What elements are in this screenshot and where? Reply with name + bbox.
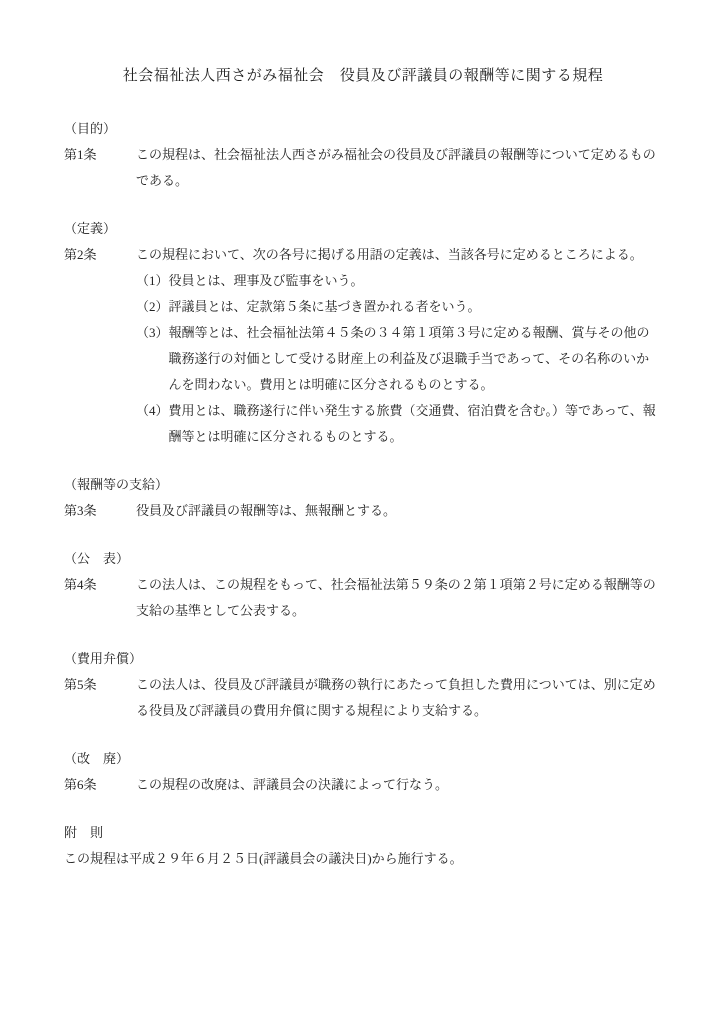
document-title: 社会福祉法人西さがみ福祉会 役員及び評議員の報酬等に関する規程 [64,64,662,88]
article-number: 第2条 [64,242,136,268]
article-text: この規程において、次の各号に掲げる用語の定義は、当該各号に定めるところによる。 [136,242,662,268]
section-heading: （費用弁償） [64,646,662,672]
section-heading: （公 表） [64,546,662,572]
definition-item-1: （1） 役員とは、理事及び監事をいう。 [136,268,662,294]
supplement-text: この規程は平成２９年６月２５日(評議員会の議決日)から施行する。 [64,846,662,872]
item-text: 報酬等とは、社会福祉法第４５条の３４第１項第３号に定める報酬、賞与その他の職務遂… [169,320,662,398]
definition-item-4: （4） 費用とは、職務遂行に伴い発生する旅費（交通費、宿泊費を含む。）等であって… [136,398,662,450]
section-purpose: （目的） 第1条 この規程は、社会福祉法人西さがみ福祉会の役員及び評議員の報酬等… [64,116,662,194]
article-2: 第2条 この規程において、次の各号に掲げる用語の定義は、当該各号に定めるところに… [64,242,662,450]
article-number: 第6条 [64,772,136,798]
article-number: 第1条 [64,142,136,168]
section-expense-reimbursement: （費用弁償） 第5条 この法人は、役員及び評議員が職務の執行にあたって負担した費… [64,646,662,724]
definition-item-2: （2） 評議員とは、定款第５条に基づき置かれる者をいう。 [136,294,662,320]
article-number: 第4条 [64,572,136,598]
article-3: 第3条 役員及び評議員の報酬等は、無報酬とする。 [64,498,662,524]
section-payment: （報酬等の支給） 第3条 役員及び評議員の報酬等は、無報酬とする。 [64,472,662,524]
article-text: この規程は、社会福祉法人西さがみ福祉会の役員及び評議員の報酬等について定めるもの… [136,142,662,194]
section-definitions: （定義） 第2条 この規程において、次の各号に掲げる用語の定義は、当該各号に定め… [64,216,662,450]
article-1: 第1条 この規程は、社会福祉法人西さがみ福祉会の役員及び評議員の報酬等について定… [64,142,662,194]
article-4: 第4条 この法人は、この規程をもって、社会福祉法第５９条の２第１項第２号に定める… [64,572,662,624]
item-text: 評議員とは、定款第５条に基づき置かれる者をいう。 [169,294,662,320]
section-amendment: （改 廃） 第6条 この規程の改廃は、評議員会の決議によって行なう。 [64,746,662,798]
article-5: 第5条 この法人は、役員及び評議員が職務の執行にあたって負担した費用については、… [64,672,662,724]
section-publication: （公 表） 第4条 この法人は、この規程をもって、社会福祉法第５９条の２第１項第… [64,546,662,624]
article-text: 役員及び評議員の報酬等は、無報酬とする。 [136,498,662,524]
article-number: 第3条 [64,498,136,524]
article-text: この法人は、この規程をもって、社会福祉法第５９条の２第１項第２号に定める報酬等の… [136,572,662,624]
item-label: （2） [136,294,169,320]
supplement-heading: 附 則 [64,820,662,846]
section-heading: （定義） [64,216,662,242]
supplementary-provision: 附 則 この規程は平成２９年６月２５日(評議員会の議決日)から施行する。 [64,820,662,872]
document-page: 社会福祉法人西さがみ福祉会 役員及び評議員の報酬等に関する規程 （目的） 第1条… [0,0,724,1024]
article-number: 第5条 [64,672,136,698]
section-heading: （改 廃） [64,746,662,772]
item-label: （3） [136,320,169,346]
article-text: この規程の改廃は、評議員会の決議によって行なう。 [136,772,662,798]
item-label: （4） [136,398,169,424]
section-heading: （目的） [64,116,662,142]
article-6: 第6条 この規程の改廃は、評議員会の決議によって行なう。 [64,772,662,798]
item-text: 費用とは、職務遂行に伴い発生する旅費（交通費、宿泊費を含む。）等であって、報酬等… [169,398,662,450]
article-text: この法人は、役員及び評議員が職務の執行にあたって負担した費用については、別に定め… [136,672,662,724]
section-heading: （報酬等の支給） [64,472,662,498]
item-text: 役員とは、理事及び監事をいう。 [169,268,662,294]
definition-item-3: （3） 報酬等とは、社会福祉法第４５条の３４第１項第３号に定める報酬、賞与その他… [136,320,662,398]
item-label: （1） [136,268,169,294]
